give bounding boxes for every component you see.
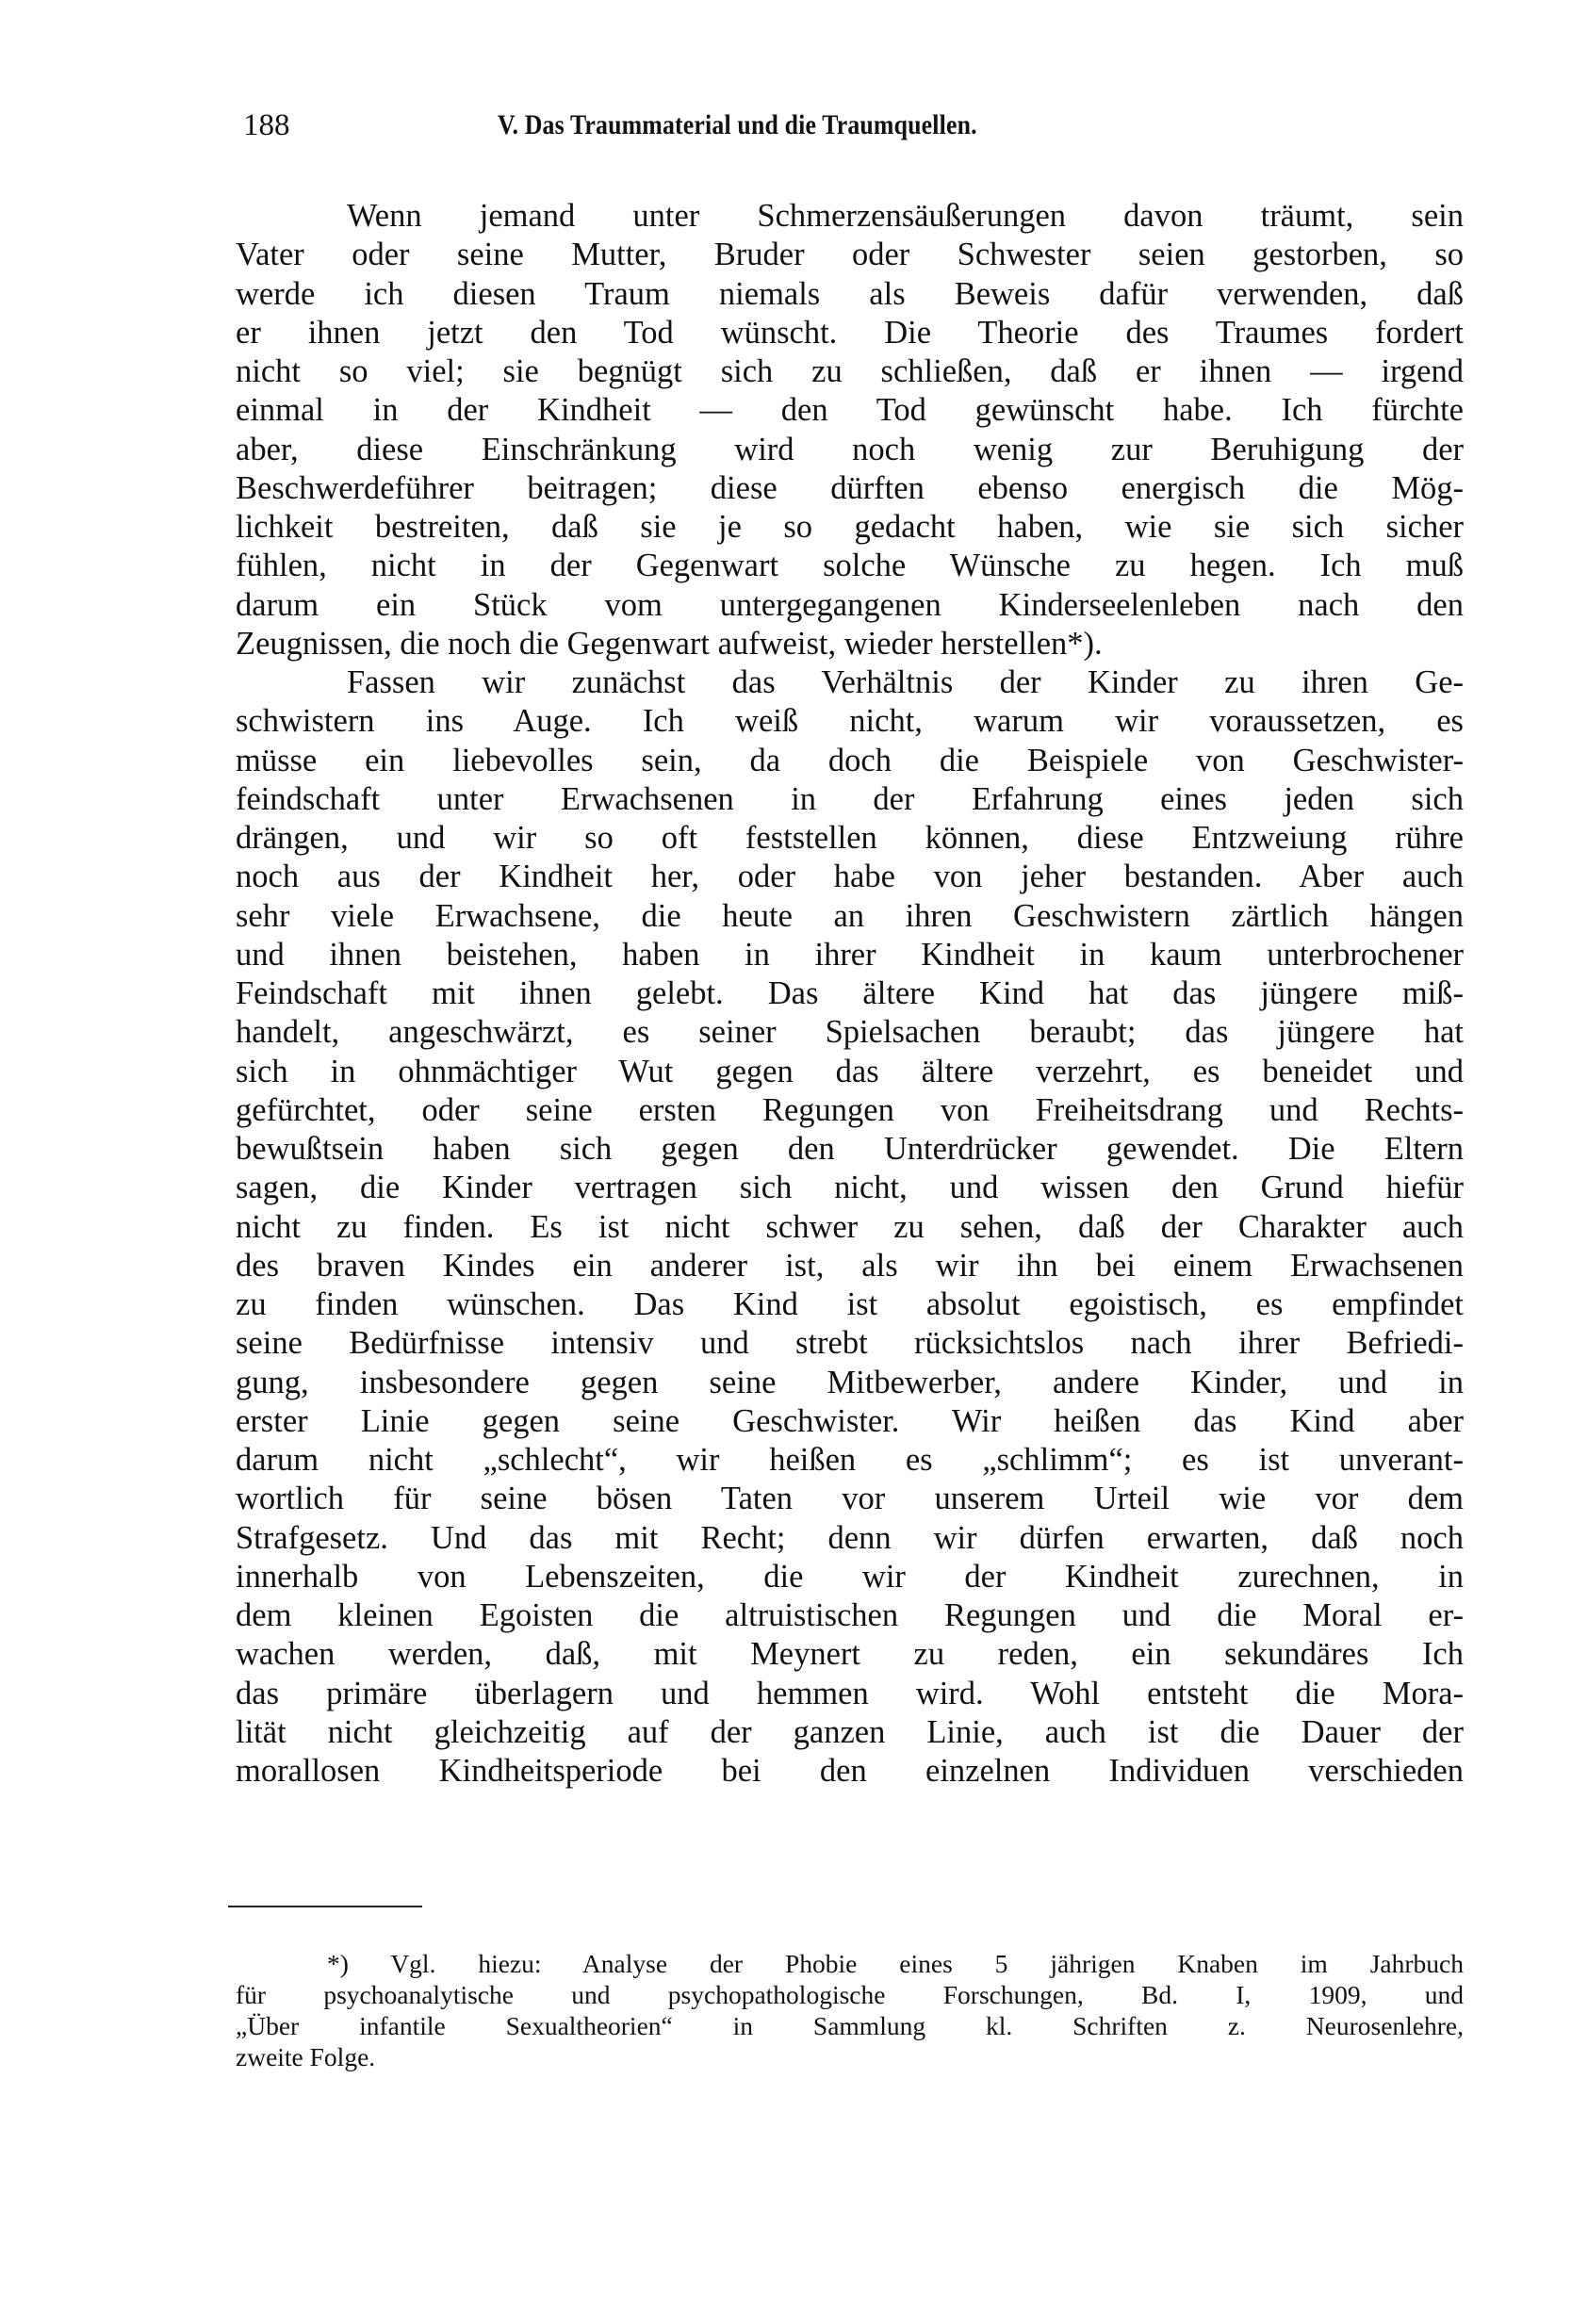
text-line-content: sehr viele Erwachsene, die heute an ihre… xyxy=(236,897,1464,936)
footnote-divider xyxy=(228,1906,422,1907)
text-line: Zeugnissen, die noch die Gegenwart aufwe… xyxy=(236,625,1464,663)
footnote-line-content: *) Vgl. hiezu: Analyse der Phobie eines … xyxy=(327,1948,1464,1979)
text-line-content: drängen, und wir so oft feststellen könn… xyxy=(236,819,1464,858)
text-line: innerhalb von Lebenszeiten, die wir der … xyxy=(236,1558,1464,1596)
text-line-content: morallosen Kindheitsperiode bei den einz… xyxy=(236,1752,1464,1791)
text-line-content: nicht zu finden. Es ist nicht schwer zu … xyxy=(236,1208,1464,1247)
text-line-content: er ihnen jetzt den Tod wünscht. Die Theo… xyxy=(236,314,1464,352)
text-line-content: Feindschaft mit ihnen gelebt. Das ältere… xyxy=(236,974,1464,1013)
text-line-content: gung, insbesondere gegen seine Mitbewerb… xyxy=(236,1364,1464,1402)
text-line: erster Linie gegen seine Geschwister. Wi… xyxy=(236,1402,1464,1441)
running-head: 188 V. Das Traummaterial und die Traumqu… xyxy=(236,106,1464,145)
text-line: sehr viele Erwachsene, die heute an ihre… xyxy=(236,897,1464,936)
paragraph: Fassen wir zunächst das Verhältnis der K… xyxy=(236,663,1464,1791)
text-line-content: das primäre überlagern und hemmen wird. … xyxy=(236,1675,1464,1713)
text-line: nicht zu finden. Es ist nicht schwer zu … xyxy=(236,1208,1464,1247)
text-line: Feindschaft mit ihnen gelebt. Das ältere… xyxy=(236,974,1464,1013)
footnote-line-content: „Über infantile Sexualtheorien“ in Samml… xyxy=(236,2010,1464,2041)
text-line: morallosen Kindheitsperiode bei den einz… xyxy=(236,1752,1464,1791)
text-line-content: zu finden wünschen. Das Kind ist absolut… xyxy=(236,1285,1464,1324)
text-line: Beschwerdeführer beitragen; diese dürfte… xyxy=(236,469,1464,508)
text-line: fühlen, nicht in der Gegenwart solche Wü… xyxy=(236,547,1464,585)
text-line-content: Beschwerdeführer beitragen; diese dürfte… xyxy=(236,469,1464,508)
text-line-content: Strafgesetz. Und das mit Recht; denn wir… xyxy=(236,1519,1464,1558)
text-line: das primäre überlagern und hemmen wird. … xyxy=(236,1675,1464,1713)
text-line-content: sich in ohnmächtiger Wut gegen das älter… xyxy=(236,1053,1464,1091)
footnote-line: *) Vgl. hiezu: Analyse der Phobie eines … xyxy=(236,1948,1464,1979)
text-line-content: werde ich diesen Traum niemals als Bewei… xyxy=(236,275,1464,314)
text-line-content: darum nicht „schlecht“, wir heißen es „s… xyxy=(236,1441,1464,1480)
text-line: Wenn jemand unter Schmerzensäußerungen d… xyxy=(236,197,1464,236)
paragraph: Wenn jemand unter Schmerzensäußerungen d… xyxy=(236,197,1464,663)
footnote-line-content: zweite Folge. xyxy=(236,2041,1464,2072)
text-line: und ihnen beistehen, haben in ihrer Kind… xyxy=(236,936,1464,974)
footnote-line: „Über infantile Sexualtheorien“ in Samml… xyxy=(236,2010,1464,2041)
text-line-content: nicht so viel; sie begnügt sich zu schli… xyxy=(236,352,1464,391)
text-line: einmal in der Kindheit — den Tod gewünsc… xyxy=(236,391,1464,430)
text-line-content: lichkeit bestreiten, daß sie je so gedac… xyxy=(236,508,1464,547)
text-line-content: Vater oder seine Mutter, Bruder oder Sch… xyxy=(236,236,1464,274)
text-line: gefürchtet, oder seine ersten Regungen v… xyxy=(236,1091,1464,1130)
text-line-content: wortlich für seine bösen Taten vor unser… xyxy=(236,1480,1464,1518)
footnote-line: für psychoanalytische und psychopatholog… xyxy=(236,1979,1464,2010)
text-line-content: darum ein Stück vom untergegangenen Kind… xyxy=(236,586,1464,625)
text-line: werde ich diesen Traum niemals als Bewei… xyxy=(236,275,1464,314)
text-line-content: lität nicht gleichzeitig auf der ganzen … xyxy=(236,1713,1464,1752)
text-line: müsse ein liebevolles sein, da doch die … xyxy=(236,742,1464,780)
text-line-content: Wenn jemand unter Schmerzensäußerungen d… xyxy=(347,197,1464,236)
text-line-content: des braven Kindes ein anderer ist, als w… xyxy=(236,1247,1464,1285)
text-line: handelt, angeschwärzt, es seiner Spielsa… xyxy=(236,1013,1464,1052)
text-line-content: sagen, die Kinder vertragen sich nicht, … xyxy=(236,1169,1464,1207)
text-line: lität nicht gleichzeitig auf der ganzen … xyxy=(236,1713,1464,1752)
text-line: drängen, und wir so oft feststellen könn… xyxy=(236,819,1464,858)
text-line-content: und ihnen beistehen, haben in ihrer Kind… xyxy=(236,936,1464,974)
page-number: 188 xyxy=(243,106,290,145)
text-line-content: erster Linie gegen seine Geschwister. Wi… xyxy=(236,1402,1464,1441)
text-line: er ihnen jetzt den Tod wünscht. Die Theo… xyxy=(236,314,1464,352)
text-line-content: dem kleinen Egoisten die altruistischen … xyxy=(236,1596,1464,1635)
text-line-content: seine Bedürfnisse intensiv und strebt rü… xyxy=(236,1324,1464,1363)
text-line-content: noch aus der Kindheit her, oder habe von… xyxy=(236,858,1464,896)
text-line: seine Bedürfnisse intensiv und strebt rü… xyxy=(236,1324,1464,1363)
text-line: feindschaft unter Erwachsenen in der Erf… xyxy=(236,780,1464,819)
text-line: Fassen wir zunächst das Verhältnis der K… xyxy=(236,663,1464,702)
text-line: darum ein Stück vom untergegangenen Kind… xyxy=(236,586,1464,625)
chapter-title: V. Das Traummaterial und die Traumquelle… xyxy=(498,106,977,145)
text-line-content: innerhalb von Lebenszeiten, die wir der … xyxy=(236,1558,1464,1596)
footnote-line: zweite Folge. xyxy=(236,2041,1464,2072)
text-line: sich in ohnmächtiger Wut gegen das älter… xyxy=(236,1053,1464,1091)
text-line-content: feindschaft unter Erwachsenen in der Erf… xyxy=(236,780,1464,819)
text-line: darum nicht „schlecht“, wir heißen es „s… xyxy=(236,1441,1464,1480)
footnote: *) Vgl. hiezu: Analyse der Phobie eines … xyxy=(236,1948,1464,2072)
text-line-content: handelt, angeschwärzt, es seiner Spielsa… xyxy=(236,1013,1464,1052)
text-line: des braven Kindes ein anderer ist, als w… xyxy=(236,1247,1464,1285)
text-line-content: fühlen, nicht in der Gegenwart solche Wü… xyxy=(236,547,1464,585)
text-line-content: wachen werden, daß, mit Meynert zu reden… xyxy=(236,1635,1464,1674)
text-line: gung, insbesondere gegen seine Mitbewerb… xyxy=(236,1364,1464,1402)
body-text: Wenn jemand unter Schmerzensäußerungen d… xyxy=(236,197,1464,1791)
text-line: bewußtsein haben sich gegen den Unterdrü… xyxy=(236,1130,1464,1169)
text-line: zu finden wünschen. Das Kind ist absolut… xyxy=(236,1285,1464,1324)
text-line-content: bewußtsein haben sich gegen den Unterdrü… xyxy=(236,1130,1464,1169)
text-line: nicht so viel; sie begnügt sich zu schli… xyxy=(236,352,1464,391)
text-line-content: gefürchtet, oder seine ersten Regungen v… xyxy=(236,1091,1464,1130)
text-line: wortlich für seine bösen Taten vor unser… xyxy=(236,1480,1464,1518)
text-line-content: schwistern ins Auge. Ich weiß nicht, war… xyxy=(236,702,1464,741)
text-line: lichkeit bestreiten, daß sie je so gedac… xyxy=(236,508,1464,547)
text-line: Strafgesetz. Und das mit Recht; denn wir… xyxy=(236,1519,1464,1558)
text-line: wachen werden, daß, mit Meynert zu reden… xyxy=(236,1635,1464,1674)
footnote-line-content: für psychoanalytische und psychopatholog… xyxy=(236,1979,1464,2010)
text-line: noch aus der Kindheit her, oder habe von… xyxy=(236,858,1464,896)
text-line: sagen, die Kinder vertragen sich nicht, … xyxy=(236,1169,1464,1207)
text-line: schwistern ins Auge. Ich weiß nicht, war… xyxy=(236,702,1464,741)
text-line-content: müsse ein liebevolles sein, da doch die … xyxy=(236,742,1464,780)
text-line-content: Zeugnissen, die noch die Gegenwart aufwe… xyxy=(236,625,1464,663)
text-line-content: Fassen wir zunächst das Verhältnis der K… xyxy=(347,663,1464,702)
text-line-content: einmal in der Kindheit — den Tod gewünsc… xyxy=(236,391,1464,430)
text-line-content: aber, diese Einschränkung wird noch weni… xyxy=(236,431,1464,469)
text-line: dem kleinen Egoisten die altruistischen … xyxy=(236,1596,1464,1635)
text-line: Vater oder seine Mutter, Bruder oder Sch… xyxy=(236,236,1464,274)
text-line: aber, diese Einschränkung wird noch weni… xyxy=(236,431,1464,469)
book-page: 188 V. Das Traummaterial und die Traumqu… xyxy=(0,0,1588,2324)
